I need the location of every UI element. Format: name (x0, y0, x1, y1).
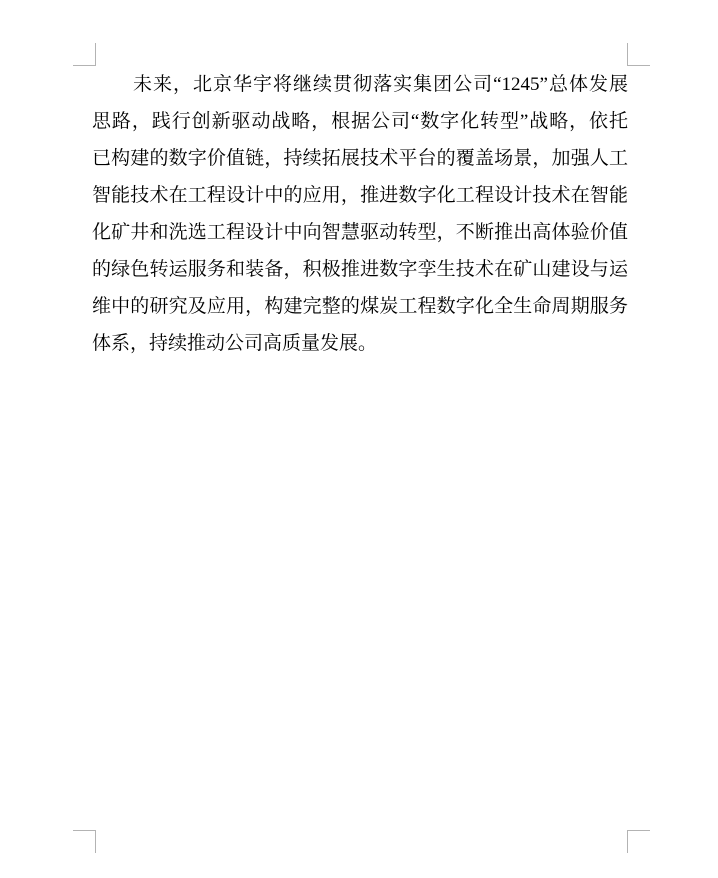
crop-mark-top-right-icon (627, 43, 650, 66)
paragraph-line: 未来，北京华宇将继续贯彻落实集团公司“1245”总体发展 (92, 66, 628, 103)
document-page: 未来，北京华宇将继续贯彻落实集团公司“1245”总体发展 思路，践行创新驱动战略… (0, 0, 718, 878)
crop-mark-top-left-icon (73, 43, 96, 66)
paragraph-line: 已构建的数字价值链，持续拓展技术平台的覆盖场景，加强人工 (92, 140, 628, 177)
crop-mark-bottom-left-icon (73, 830, 96, 853)
paragraph-line: 的绿色转运服务和装备，积极推进数字孪生技术在矿山建设与运 (92, 251, 628, 288)
paragraph-line: 智能技术在工程设计中的应用，推进数字化工程设计技术在智能 (92, 177, 628, 214)
paragraph-line: 维中的研究及应用，构建完整的煤炭工程数字化全生命周期服务 (92, 288, 628, 325)
paragraph-line: 化矿井和洗选工程设计中向智慧驱动转型，不断推出高体验价值 (92, 214, 628, 251)
paragraph-line: 思路，践行创新驱动战略，根据公司“数字化转型”战略，依托 (92, 103, 628, 140)
crop-mark-bottom-right-icon (627, 830, 650, 853)
paragraph-line: 体系，持续推动公司高质量发展。 (92, 325, 628, 362)
paragraph: 未来，北京华宇将继续贯彻落实集团公司“1245”总体发展 思路，践行创新驱动战略… (92, 66, 628, 362)
